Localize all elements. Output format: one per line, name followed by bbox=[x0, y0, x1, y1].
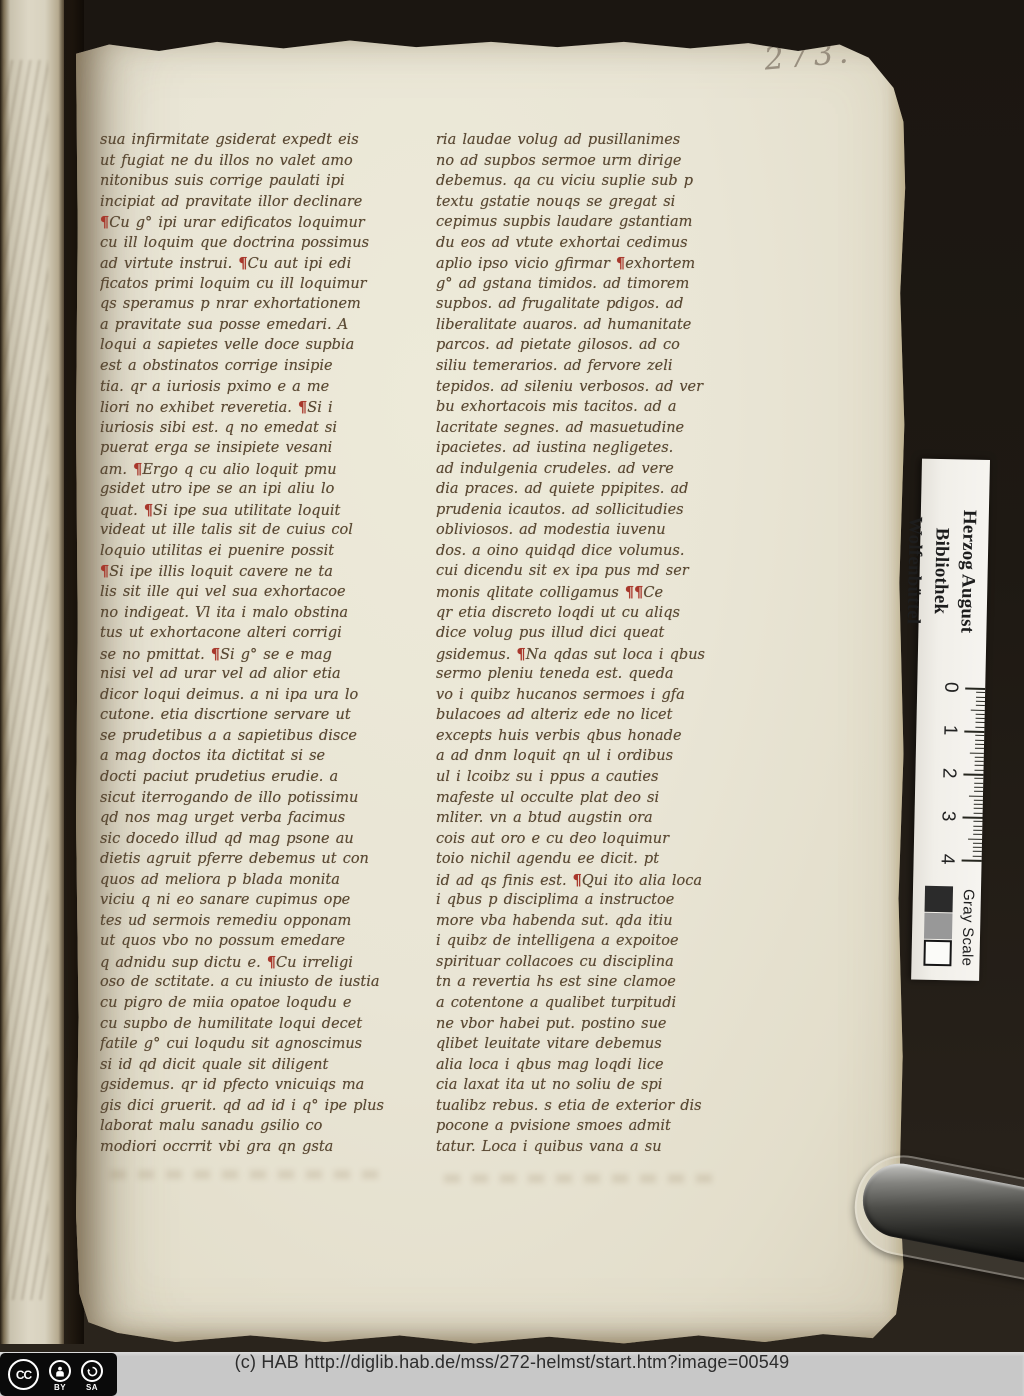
ruler-tick bbox=[964, 731, 984, 733]
cc-license-badge: CC BY SA bbox=[0, 1353, 117, 1396]
manuscript-line: mliter. vn a btud augstin ora bbox=[436, 810, 750, 831]
manuscript-line: textu gstatie nouqs se gregat si bbox=[436, 194, 750, 215]
ruler-tick bbox=[974, 769, 983, 770]
digitized-manuscript-photo: 273. sua infirmitate gsiderat expedt eis… bbox=[0, 0, 1024, 1396]
manuscript-line: quat. ¶Si ipe sua utilitate loquit bbox=[100, 502, 418, 523]
institution-line2: Wolfenbüttel bbox=[898, 464, 929, 677]
gray-swatch bbox=[924, 913, 953, 940]
manuscript-line: ut fugiat ne du illos no valet amo bbox=[100, 153, 418, 174]
manuscript-line: qr etia discreto loqdi ut cu aliqs bbox=[436, 605, 750, 626]
ruler-tick bbox=[971, 709, 985, 710]
rubric-mark: ¶ bbox=[298, 399, 307, 416]
manuscript-line: i quibz de intelligena a expoitoe bbox=[436, 933, 750, 954]
cc-by-label: BY bbox=[54, 1383, 66, 1392]
rubric-mark: ¶ bbox=[616, 255, 625, 272]
ruler-number: 2 bbox=[937, 766, 959, 780]
manuscript-line: ut quos vbo no possum emedare bbox=[100, 933, 418, 954]
manuscript-line: ad virtute instrui. ¶Cu aut ipi edi bbox=[100, 255, 418, 276]
rubric-mark: ¶ bbox=[267, 954, 276, 971]
manuscript-line: spirituar collacoes cu disciplina bbox=[436, 954, 750, 975]
manuscript-line: id ad qs finis est. ¶Qui ito alia loca bbox=[436, 872, 750, 893]
ruler-tick bbox=[968, 838, 982, 839]
manuscript-line: tus ut exhortacone alteri corrigi bbox=[100, 625, 418, 646]
manuscript-line: oso de sctitate. a cu iniusto de iustia bbox=[100, 974, 418, 995]
manuscript-line: aplio ipso vicio gfirmar ¶exhortem bbox=[436, 255, 750, 276]
manuscript-line: monis qlitate colligamus ¶¶Ce bbox=[436, 584, 750, 605]
manuscript-line: mafeste ul occulte plat deo si bbox=[436, 790, 750, 811]
manuscript-line: prudenia icautos. ad sollicitudies bbox=[436, 502, 750, 523]
cc-sa-label: SA bbox=[86, 1383, 98, 1392]
manuscript-line: si id qd dicit quale sit diligent bbox=[100, 1057, 418, 1078]
ruler-tick bbox=[975, 761, 984, 762]
text-column-right: ria laudae volug ad pusillanimesno ad su… bbox=[436, 132, 750, 1192]
manuscript-line: ne vbor habei put. postino sue bbox=[436, 1016, 750, 1037]
cc-by-person-icon bbox=[49, 1360, 71, 1382]
ruler-tick bbox=[975, 748, 984, 749]
ink-showthrough-smudge bbox=[110, 1170, 380, 1179]
manuscript-line: se prudetibus a a sapietibus disce bbox=[100, 728, 418, 749]
manuscript-line: dia praces. ad quiete ppipites. ad bbox=[436, 481, 750, 502]
manuscript-line: ¶Si ipe illis loquit cavere ne ta bbox=[100, 563, 418, 584]
manuscript-line: g° ad gstana timidos. ad timorem bbox=[436, 276, 750, 297]
rubric-mark: ¶ bbox=[144, 502, 153, 519]
manuscript-line: debemus. qa cu viciu suplie sub p bbox=[436, 173, 750, 194]
manuscript-line: tn a revertia hs est sine clamoe bbox=[436, 974, 750, 995]
manuscript-line: loqui a sapietes velle doce supbia bbox=[100, 337, 418, 358]
institution-line1: Herzog August Bibliothek bbox=[925, 465, 983, 678]
manuscript-page: 273. sua infirmitate gsiderat expedt eis… bbox=[76, 30, 906, 1346]
manuscript-line: ria laudae volug ad pusillanimes bbox=[436, 132, 750, 153]
manuscript-line: no ad supbos sermoe urm dirige bbox=[436, 153, 750, 174]
ruler-tick bbox=[974, 778, 983, 779]
institution-label: Herzog August Bibliothek Wolfenbüttel bbox=[898, 464, 983, 678]
manuscript-line: sermo pleniu teneda est. queda bbox=[436, 666, 750, 687]
ruler-tick bbox=[973, 843, 982, 844]
ruler-tick bbox=[975, 726, 984, 727]
ruler-tick bbox=[962, 817, 982, 819]
ruler-tick bbox=[963, 774, 983, 776]
ruler-tick bbox=[976, 696, 985, 697]
manuscript-line: docti paciut prudetius erudie. a bbox=[100, 769, 418, 790]
manuscript-line: alia loca i qbus mag loqdi lice bbox=[436, 1057, 750, 1078]
manuscript-line: viciu q ni eo sanare cupimus ope bbox=[100, 892, 418, 913]
ruler-tick bbox=[974, 782, 983, 783]
ruler-tick bbox=[974, 791, 983, 792]
manuscript-line: a ad dnm loquit qn ul i ordibus bbox=[436, 748, 750, 769]
manuscript-line: cu pigro de miia opatoe loqudu e bbox=[100, 995, 418, 1016]
rubric-mark: ¶ bbox=[516, 646, 525, 663]
ruler-scale: 01234 bbox=[913, 677, 985, 880]
manuscript-line: am. ¶Ergo q cu alio loquit pmu bbox=[100, 461, 418, 482]
manuscript-line: sicut iterrogando de illo potissimu bbox=[100, 790, 418, 811]
manuscript-line: est a obstinatos corrige insipie bbox=[100, 358, 418, 379]
manuscript-line: liori no exhibet reveretia. ¶Si i bbox=[100, 399, 418, 420]
manuscript-line: qlibet leuitate vitare debemus bbox=[436, 1036, 750, 1057]
text-column-left: sua infirmitate gsiderat expedt eisut fu… bbox=[100, 132, 418, 1192]
manuscript-line: lacritate segnes. ad masuetudine bbox=[436, 420, 750, 441]
cc-icon: CC bbox=[8, 1359, 39, 1390]
manuscript-line: qd nos mag urget verba facimus bbox=[100, 810, 418, 831]
manuscript-line: a mag doctos ita dictitat si se bbox=[100, 748, 418, 769]
manuscript-line: sua infirmitate gsiderat expedt eis bbox=[100, 132, 418, 153]
gray-scale-swatches bbox=[923, 886, 953, 967]
ruler-tick bbox=[976, 714, 985, 715]
ruler-tick bbox=[973, 821, 982, 822]
manuscript-line: a cotentone a qualibet turpitudi bbox=[436, 995, 750, 1016]
gray-scale-label: Gray Scale bbox=[958, 877, 977, 977]
manuscript-line: ad indulgenia crudeles. ad vere bbox=[436, 461, 750, 482]
ruler-number: 0 bbox=[939, 680, 961, 694]
manuscript-line: a pravitate sua posse emedari. A bbox=[100, 317, 418, 338]
manuscript-line: ul i lcoibz su i ppus a cauties bbox=[436, 769, 750, 790]
manuscript-line: ficatos primi loquim cu ill loquimur bbox=[100, 276, 418, 297]
manuscript-line: gsidet utro ipe se an ipi aliu lo bbox=[100, 481, 418, 502]
cc-icon-label: CC bbox=[16, 1368, 31, 1382]
manuscript-line: du eos ad vtute exhortai cedimus bbox=[436, 235, 750, 256]
ruler-tick bbox=[973, 851, 982, 852]
ruler-tick bbox=[973, 830, 982, 831]
manuscript-line: gsidemus. qr id pfecto vnicuiqs ma bbox=[100, 1077, 418, 1098]
manuscript-line: tia. qr a iuriosis pximo e a me bbox=[100, 379, 418, 400]
manuscript-line: i qbus p disciplima a instructoe bbox=[436, 892, 750, 913]
manuscript-line: dietis agruit pferre debemus ut con bbox=[100, 851, 418, 872]
reference-color-bar: Herzog August Bibliothek Wolfenbüttel 01… bbox=[911, 459, 990, 981]
manuscript-line: quos ad meliora p blada monita bbox=[100, 872, 418, 893]
folio-number: 273. bbox=[763, 30, 896, 77]
ruler-tick bbox=[973, 847, 982, 848]
rubric-mark: ¶ bbox=[100, 563, 109, 580]
manuscript-line: laborat malu sanadu gsilio co bbox=[100, 1118, 418, 1139]
manuscript-line: dos. a oino quidqd dice volumus. bbox=[436, 543, 750, 564]
manuscript-line: lis sit ille qui vel sua exhortacoe bbox=[100, 584, 418, 605]
manuscript-line: supbos. ad frugalitate pdigos. ad bbox=[436, 296, 750, 317]
manuscript-line: nisi vel ad urar vel ad alior etia bbox=[100, 666, 418, 687]
manuscript-line: puerat erga se insipiete vesani bbox=[100, 440, 418, 461]
ruler-tick bbox=[962, 859, 982, 861]
copyright-text: (c) HAB http://diglib.hab.de/mss/272-hel… bbox=[0, 1352, 1024, 1373]
ruler-tick bbox=[975, 757, 984, 758]
gray-swatch bbox=[925, 886, 954, 913]
cc-sa-arrow-icon bbox=[81, 1360, 103, 1382]
manuscript-line: cois aut oro e cu deo loquimur bbox=[436, 831, 750, 852]
rubric-mark: ¶ bbox=[625, 584, 634, 601]
gray-swatch bbox=[923, 940, 952, 967]
manuscript-line: fatile g° cui loqudu sit agnoscimus bbox=[100, 1036, 418, 1057]
rubric-mark: ¶ bbox=[238, 255, 247, 272]
manuscript-line: loquio utilitas ei puenire possit bbox=[100, 543, 418, 564]
manuscript-line: se no pmittat. ¶Si g° se e mag bbox=[100, 646, 418, 667]
ruler-tick bbox=[974, 812, 983, 813]
manuscript-line: tatur. Loca i quibus vana a su bbox=[436, 1139, 750, 1160]
manuscript-line: cu ill loquim que doctrina possimus bbox=[100, 235, 418, 256]
ink-showthrough-smudge bbox=[444, 1174, 724, 1183]
ruler-tick bbox=[973, 825, 982, 826]
manuscript-line: gsidemus. ¶Na qdas sut loca i qbus bbox=[436, 646, 750, 667]
manuscript-line: incipiat ad pravitate illor declinare bbox=[100, 194, 418, 215]
manuscript-line: q adnidu sup dictu e. ¶Cu irreligi bbox=[100, 954, 418, 975]
manuscript-line: excepts huis verbis qbus honade bbox=[436, 728, 750, 749]
manuscript-line: bulacoes ad alteriz ede no licet bbox=[436, 707, 750, 728]
manuscript-line: dice volug pus illud dici queat bbox=[436, 625, 750, 646]
rubric-mark: ¶ bbox=[100, 214, 109, 231]
manuscript-line: tualibz rebus. s etia de exterior dis bbox=[436, 1098, 750, 1119]
rubric-mark: ¶ bbox=[634, 584, 643, 601]
ruler-number: 3 bbox=[936, 809, 958, 823]
rubric-mark: ¶ bbox=[133, 461, 142, 478]
manuscript-line: videat ut ille talis sit de cuius col bbox=[100, 522, 418, 543]
footer-bar: (c) HAB http://diglib.hab.de/mss/272-hel… bbox=[0, 1352, 1024, 1396]
ruler-tick bbox=[974, 808, 983, 809]
ruler-tick bbox=[965, 688, 985, 690]
manuscript-line: nitonibus suis corrige paulati ipi bbox=[100, 173, 418, 194]
manuscript-line: more vba habenda sut. qda itiu bbox=[436, 913, 750, 934]
manuscript-line: cia laxat ita ut no soliu de spi bbox=[436, 1077, 750, 1098]
manuscript-line: tepidos. ad sileniu verbosos. ad ver bbox=[436, 379, 750, 400]
rubric-mark: ¶ bbox=[573, 872, 582, 889]
manuscript-line: cepimus supbis laudare gstantiam bbox=[436, 214, 750, 235]
facing-page-blurred-text bbox=[2, 60, 48, 1300]
facing-page-edge bbox=[0, 0, 64, 1344]
ruler-tick bbox=[976, 701, 985, 702]
manuscript-line: cutone. etia discrtione servare ut bbox=[100, 707, 418, 728]
gray-scale: Gray Scale bbox=[911, 876, 981, 977]
manuscript-line: cui dicendu sit ex ipa pus md ser bbox=[436, 563, 750, 584]
rubric-mark: ¶ bbox=[211, 646, 220, 663]
manuscript-line: toio nichil agendu ee dicit. pt bbox=[436, 851, 750, 872]
manuscript-line: ipacietes. ad iustina negligetes. bbox=[436, 440, 750, 461]
manuscript-line: parcos. ad pietate gilosos. ad co bbox=[436, 337, 750, 358]
ruler-tick bbox=[974, 787, 983, 788]
manuscript-line: tes ud sermois remediu opponam bbox=[100, 913, 418, 934]
ruler-tick bbox=[969, 795, 983, 796]
manuscript-line: dicor loqui deimus. a ni ipa ura lo bbox=[100, 687, 418, 708]
manuscript-line: gis dici gruerit. qd ad id i q° ipe plus bbox=[100, 1098, 418, 1119]
manuscript-line: siliu temerarios. ad fervore zeli bbox=[436, 358, 750, 379]
ruler-tick bbox=[974, 800, 983, 801]
ruler-tick bbox=[970, 752, 984, 753]
ruler-tick bbox=[976, 692, 985, 693]
ruler-tick bbox=[975, 744, 984, 745]
ruler-number: 4 bbox=[935, 852, 957, 866]
manuscript-line: no indigeat. Vl ita i malo obstina bbox=[100, 605, 418, 626]
manuscript-line: obliviosos. ad modestia iuvenu bbox=[436, 522, 750, 543]
manuscript-line: ¶Cu g° ipi urar edificatos loquimur bbox=[100, 214, 418, 235]
ruler-tick bbox=[975, 739, 984, 740]
ruler-tick bbox=[975, 765, 984, 766]
manuscript-line: iuriosis sibi est. q no emedat si bbox=[100, 420, 418, 441]
ruler-tick bbox=[976, 705, 985, 706]
ruler-tick bbox=[973, 855, 982, 856]
ruler-number: 1 bbox=[938, 723, 960, 737]
ruler-tick bbox=[975, 722, 984, 723]
ruler-tick bbox=[973, 834, 982, 835]
ruler-tick bbox=[975, 735, 984, 736]
manuscript-line: liberalitate auaros. ad humanitate bbox=[436, 317, 750, 338]
manuscript-line: pocone a pvisione smoes admit bbox=[436, 1118, 750, 1139]
manuscript-line: bu exhortacois mis tacitos. ad a bbox=[436, 399, 750, 420]
manuscript-line: cu supbo de humilitate loqui decet bbox=[100, 1016, 418, 1037]
ruler-tick bbox=[976, 718, 985, 719]
manuscript-line: vo i quibz hucanos sermoes i gfa bbox=[436, 687, 750, 708]
manuscript-line: sic docedo illud qd mag psone au bbox=[100, 831, 418, 852]
manuscript-line: qs speramus p nrar exhortationem bbox=[100, 296, 418, 317]
manuscript-line: modiori occrrit vbi gra qn gsta bbox=[100, 1139, 418, 1160]
ruler-tick bbox=[974, 804, 983, 805]
